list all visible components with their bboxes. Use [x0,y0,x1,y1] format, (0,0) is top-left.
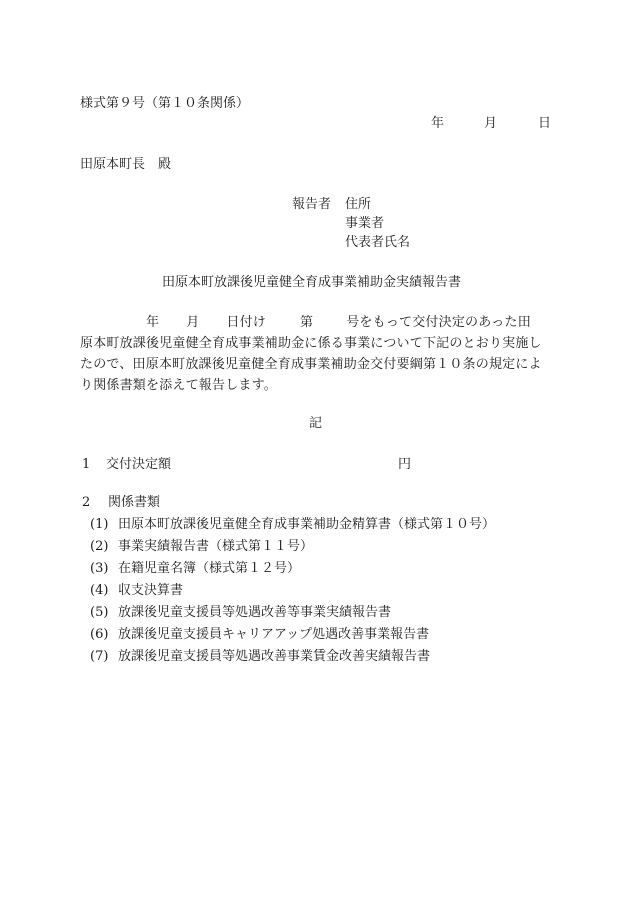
document-list-item: (1)田原本町放課後児童健全育成事業補助金精算書（様式第１０号） [80,514,495,536]
body-line-2: 原本町放課後児童健全育成事業補助金に係る事業について下記のとおり実施し [80,333,550,354]
body-month: 月 [186,315,199,330]
item-2: 2関係書類 (1)田原本町放課後児童健全育成事業補助金精算書（様式第１０号） (… [80,492,495,668]
document-list-item: (6)放課後児童支援員キャリアアップ処遇改善事業報告書 [80,624,495,646]
item-2-heading: 2関係書類 [80,492,495,514]
reporter-business: 事業者 [345,214,384,234]
form-number: 様式第９号（第１０条関係） [80,94,249,114]
item-1-unit: 円 [398,455,411,475]
document-list-item: (2)事業実績報告書（様式第１１号） [80,536,495,558]
body-dai: 第 [300,315,313,330]
date-day: 日 [538,114,551,134]
body-line-1: 年月日付け第号をもって交付決定のあった田 [80,312,550,333]
date-month: 月 [484,114,497,134]
reporter-address: 住所 [345,195,371,215]
ki-heading: 記 [309,414,322,434]
document-page: 様式第９号（第１０条関係） 年 月 日 田原本町長 殿 報告者 住所 事業者 代… [0,0,630,903]
addressee: 田原本町長 殿 [80,155,171,175]
body-line-1-rest: 号をもって交付決定のあった田 [346,315,531,330]
item-2-label: 関係書類 [108,495,160,510]
body-year: 年 [146,315,159,330]
body-line-4: り関係書類を添えて報告します。 [80,375,550,396]
reporter-label: 報告者 [292,195,331,215]
body-line-3: たので、田原本町放課後児童健全育成事業補助金交付要綱第１０条の規定によ [80,354,550,375]
reporter-representative: 代表者氏名 [345,233,410,253]
document-list-item: (7)放課後児童支援員等処遇改善事業賃金改善実績報告書 [80,646,495,668]
body-date-suffix: 日付け [226,315,266,330]
body-paragraph: 年月日付け第号をもって交付決定のあった田 原本町放課後児童健全育成事業補助金に係… [80,312,550,396]
document-title: 田原本町放課後児童健全育成事業補助金実績報告書 [162,273,461,293]
item-1-number: 1 [82,455,90,475]
document-list-item: (5)放課後児童支援員等処遇改善等事業実績報告書 [80,602,495,624]
item-1-label: 交付決定額 [106,455,171,475]
document-list-item: (4)収支決算書 [80,580,495,602]
document-list-item: (3)在籍児童名簿（様式第１２号） [80,558,495,580]
date-year: 年 [431,114,444,134]
item-2-number: 2 [80,492,108,514]
